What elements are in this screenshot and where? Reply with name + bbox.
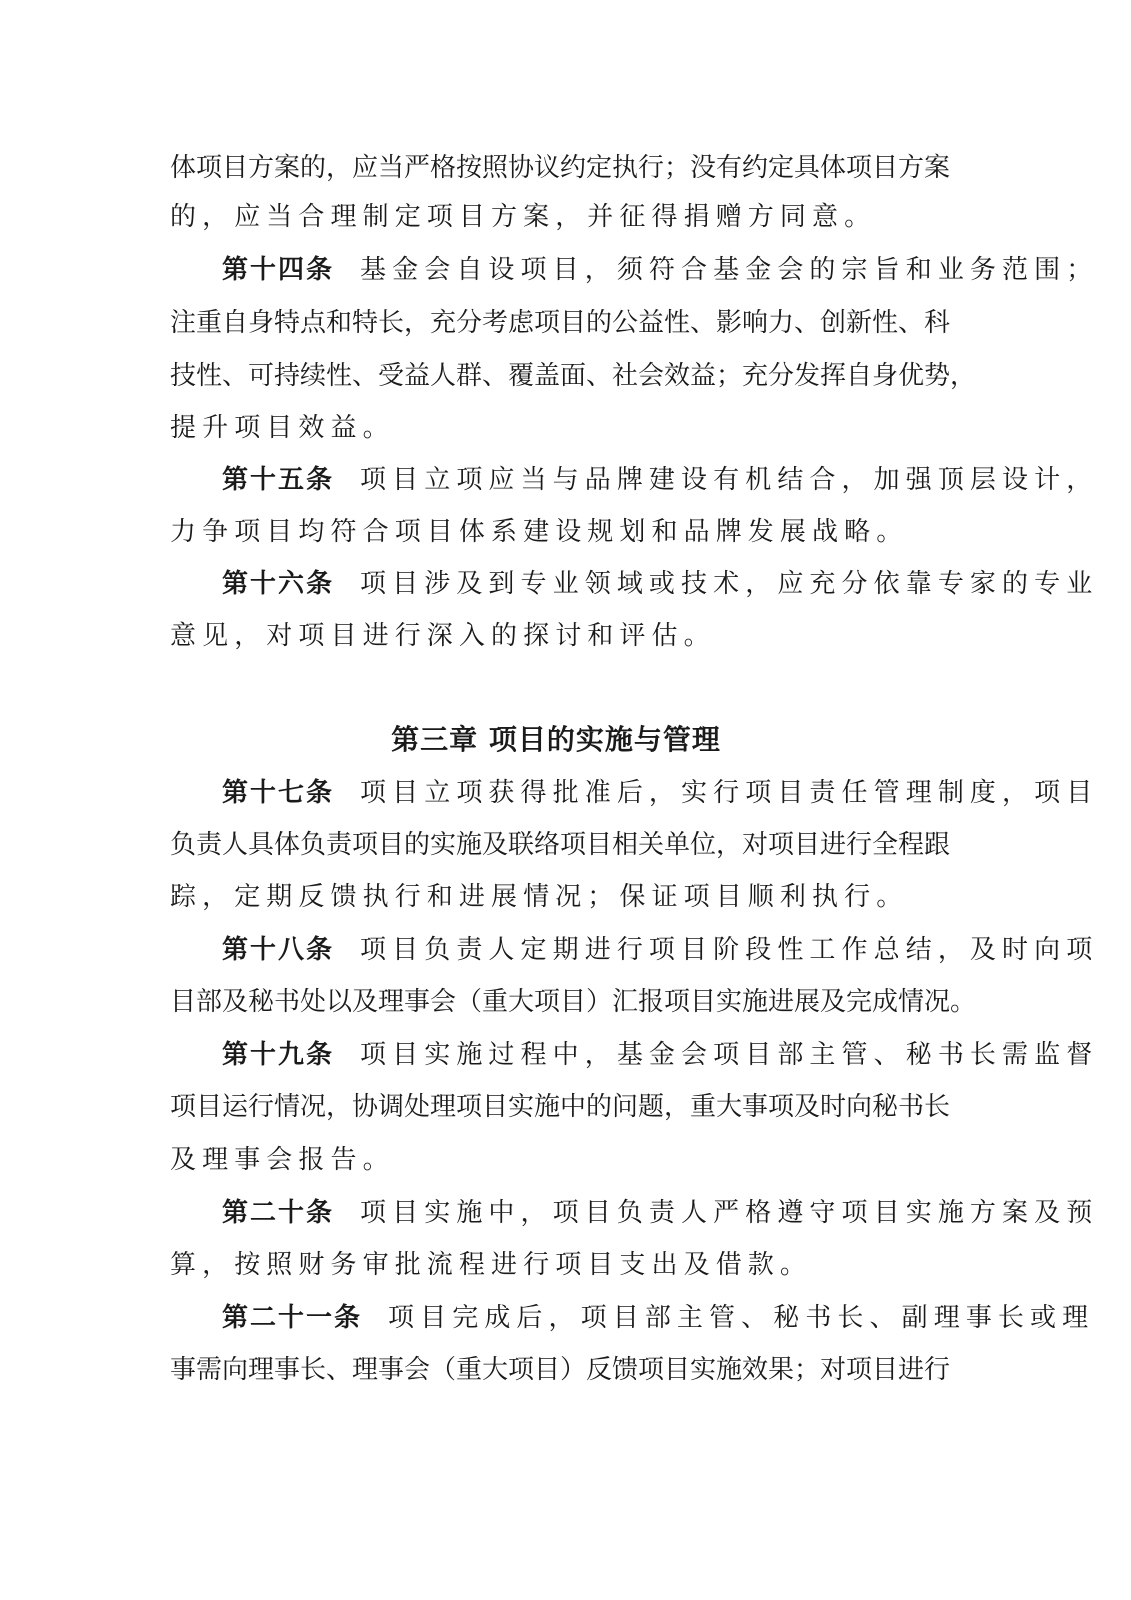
text-line: 负责人具体负责项目的实施及联络项目相关单位，对项目进行全程跟 bbox=[170, 819, 942, 871]
text-line: 意见，对项目进行深入的探讨和评估。 bbox=[170, 610, 942, 662]
article-20-first-line: 第二十条项目实施中，项目负责人严格遵守项目实施方案及预 bbox=[170, 1187, 942, 1239]
text-line: 项目运行情况，协调处理项目实施中的问题，重大事项及时向秘书长 bbox=[170, 1081, 942, 1133]
text-line: 及理事会报告。 bbox=[170, 1134, 942, 1186]
article-text: 项目立项获得批准后，实行项目责任管理制度，项目 bbox=[360, 778, 1098, 808]
text-line: 力争项目均符合项目体系建设规划和品牌发展战略。 bbox=[170, 506, 942, 558]
text-line: 的，应当合理制定项目方案，并征得捐赠方同意。 bbox=[170, 191, 942, 243]
article-text: 项目完成后，项目部主管、秘书长、副理事长或理 bbox=[388, 1303, 1094, 1333]
article-number: 第十四条 bbox=[222, 255, 334, 285]
article-21-first-line: 第二十一条项目完成后，项目部主管、秘书长、副理事长或理 bbox=[170, 1292, 942, 1344]
article-17-first-line: 第十七条项目立项获得批准后，实行项目责任管理制度，项目 bbox=[170, 767, 942, 819]
article-text: 项目实施过程中，基金会项目部主管、秘书长需监督 bbox=[360, 1040, 1098, 1070]
article-number: 第十八条 bbox=[222, 935, 334, 965]
text-line: 算，按照财务审批流程进行项目支出及借款。 bbox=[170, 1239, 942, 1291]
article-number: 第二十条 bbox=[222, 1198, 334, 1228]
article-18-first-line: 第十八条项目负责人定期进行项目阶段性工作总结，及时向项 bbox=[170, 924, 942, 976]
text-line: 踪，定期反馈执行和进展情况；保证项目顺利执行。 bbox=[170, 871, 942, 923]
text-line: 提升项目效益。 bbox=[170, 402, 942, 454]
text-line: 体项目方案的，应当严格按照协议约定执行；没有约定具体项目方案 bbox=[170, 142, 942, 194]
article-number: 第十九条 bbox=[222, 1040, 334, 1070]
article-14-first-line: 第十四条基金会自设项目，须符合基金会的宗旨和业务范围； bbox=[170, 244, 942, 296]
article-19-first-line: 第十九条项目实施过程中，基金会项目部主管、秘书长需监督 bbox=[170, 1029, 942, 1081]
article-number: 第十七条 bbox=[222, 778, 334, 808]
article-15-first-line: 第十五条项目立项应当与品牌建设有机结合，加强顶层设计， bbox=[170, 454, 942, 506]
article-number: 第十五条 bbox=[222, 465, 334, 495]
article-text: 项目负责人定期进行项目阶段性工作总结，及时向项 bbox=[360, 935, 1098, 965]
article-number: 第二十一条 bbox=[222, 1303, 362, 1333]
text-line: 技性、可持续性、受益人群、覆盖面、社会效益；充分发挥自身优势， bbox=[170, 350, 942, 402]
text-line: 注重自身特点和特长，充分考虑项目的公益性、影响力、创新性、科 bbox=[170, 297, 942, 349]
article-text: 项目立项应当与品牌建设有机结合，加强顶层设计， bbox=[360, 465, 1098, 495]
article-text: 基金会自设项目，须符合基金会的宗旨和业务范围； bbox=[360, 255, 1098, 285]
article-text: 项目实施中，项目负责人严格遵守项目实施方案及预 bbox=[360, 1198, 1098, 1228]
article-number: 第十六条 bbox=[222, 569, 334, 599]
chapter-heading: 第三章 项目的实施与管理 bbox=[170, 714, 942, 766]
article-text: 项目涉及到专业领域或技术，应充分依靠专家的专业 bbox=[360, 569, 1098, 599]
text-line: 目部及秘书处以及理事会（重大项目）汇报项目实施进展及完成情况。 bbox=[170, 976, 942, 1028]
article-16-first-line: 第十六条项目涉及到专业领域或技术，应充分依靠专家的专业 bbox=[170, 558, 942, 610]
text-line: 事需向理事长、理事会（重大项目）反馈项目实施效果；对项目进行 bbox=[170, 1344, 942, 1396]
